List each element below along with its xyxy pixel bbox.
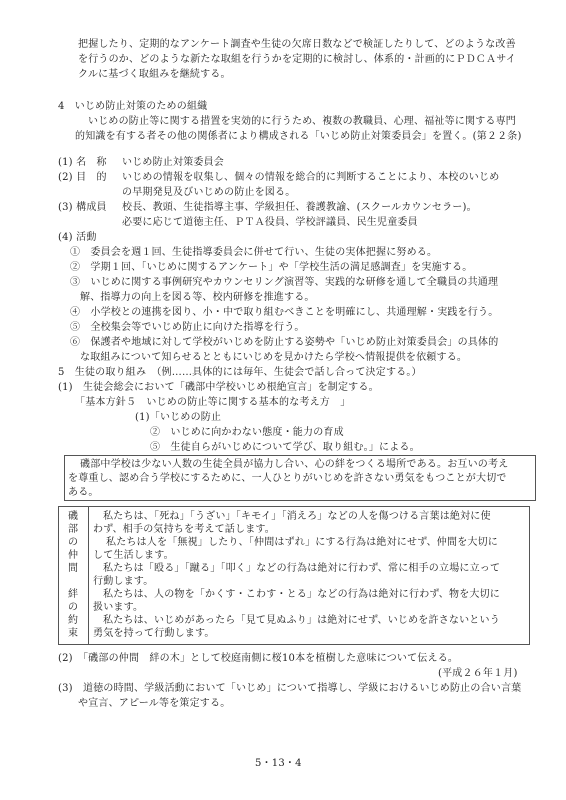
section5-item-3-line-2: や宣言、アピール等を策定する。 — [78, 697, 230, 711]
item-purpose-line-2: の早期発見及びいじめの防止を図る。 — [122, 186, 295, 200]
pledge-side-char: 絆 — [66, 588, 80, 602]
pledge-line-2: わず、相手の気持ちを考えて話します。 — [93, 523, 275, 537]
section5-heading: 5 生徒の取り組み （例……具体的には毎年、生徒会で話し合って決定する。） — [58, 366, 422, 380]
item-name-label: (1) 名 称 — [58, 156, 107, 170]
pledge-line-8: 扱います。 — [93, 601, 143, 615]
activity-6-line-1: ⑥ 保護者や地域に対して学校がいじめを防止する姿勢や「いじめ防止対策委員会」の具… — [70, 336, 498, 350]
policy-sub-2: ② いじめに向かわない態度・能力の育成 — [150, 426, 344, 440]
box-intro-line-1: 磯部中学校は少ない人数の生徒全員が協力し合い、心の絆をつくる場所である。お互いの… — [80, 458, 508, 472]
activity-6-line-2: な取組みについて知らせるとともにいじめを見かけたら学校へ情報提供を依頼する。 — [80, 351, 467, 365]
section5-item-2: (2) 「磯部の仲間 絆の木」として校庭南側に桜10本を植樹した意味について伝え… — [58, 652, 458, 666]
section5-item-1: (1) 生徒会総会において「磯部中学校いじめ根絶宣言」を制定する。 — [58, 381, 379, 395]
pledge-side-char: の — [66, 601, 80, 615]
item-members-line-2: 必要に応じて道徳主任、ＰＴＡ役員、学校評議員、民生児童委員 — [122, 216, 418, 230]
pledge-line-3: 私たちは人を「無視」したり、「仲間はずれ」にする行為は絶対にせず、仲間を大切に — [106, 536, 498, 550]
item-purpose-line-1: いじめの情報を収集し、個々の情報を総合的に判断することにより、本校のいじめ — [122, 171, 499, 185]
item-activities-label: (4) 活動 — [58, 231, 97, 245]
pledge-line-5: 私たちは「殴る」「蹴る」「叩く」などの行為は絶対に行わず、常に相手の立場に立って — [103, 562, 500, 576]
section4-body-2: 的知識を有する者その他の関係者により構成される「いじめ防止対策委員会」を置く。(… — [75, 130, 522, 144]
intro-line-1: 把握したり、定期的なアンケート調査や生徒の欠席日数などで検証したりして、どのよう… — [78, 38, 516, 52]
pledge-line-9: 私たちは、いじめがあったら「見て見ぬふり」は絶対にせず、いじめを許さないという — [103, 614, 500, 628]
pledge-side-char: 間 — [66, 562, 80, 576]
pledge-side-char: 約 — [66, 614, 80, 628]
item-members-line-1: 校長、教頭、生徒指導主事、学級担任、養護教諭、(スクールカウンセラー)。 — [122, 201, 477, 215]
activity-4: ④ 小学校との連携を図り、小・中で取り組むべきことを明確にし、共通理解・実践を行… — [70, 306, 498, 320]
intro-line-3: クルに基づく取組みを継続する。 — [78, 68, 231, 82]
section5-item-2-date: (平成２６年１月) — [438, 667, 518, 681]
item-members-label: (3) 構成員 — [58, 201, 107, 215]
pledge-line-4: して生活します。 — [93, 549, 174, 563]
pledge-side-char: 部 — [66, 523, 80, 537]
pledge-line-7: 私たちは、人の物を「かくす・こわす・とる」などの行為は絶対に行わず、物を大切に — [103, 588, 500, 602]
activity-2: ② 学期１回、「いじめに関するアンケート」や「学校生活の満足感調査」を実施する。 — [70, 261, 472, 275]
activity-3-line-2: 解、指導力の向上を図る等、校内研修を推進する。 — [80, 291, 315, 305]
policy-reference: 「基本方針５ いじめの防止等に関する基本的な考え方 」 — [75, 396, 350, 410]
box-intro-line-3: ある。 — [68, 486, 99, 500]
activity-5: ⑤ 全校集会等でいじめ防止に向けた指導を行う。 — [70, 321, 305, 335]
page-number: 5・13・4 — [255, 757, 302, 771]
pledge-side-char: の — [66, 536, 80, 550]
policy-sub-1: (1)「いじめの防止 — [135, 411, 221, 425]
section5-item-3-line-1: (3) 道徳の時間、学級活動において「いじめ」について指導し、学級におけるいじめ… — [58, 682, 521, 696]
pledge-line-1: 私たちは、「死ね」「うざい」「キモイ」「消えろ」などの人を傷つける言葉は絶対に使 — [103, 510, 491, 524]
pledge-divider — [88, 506, 89, 644]
pledge-line-10: 勇気を持って行動します。 — [93, 627, 215, 641]
policy-sub-3: ⑤ 生徒自らがいじめについて学び、取り組む。」による。 — [150, 441, 420, 455]
pledge-side-char: 仲 — [66, 549, 80, 563]
pledge-line-6: 行動します。 — [93, 575, 153, 589]
intro-line-2: を行うのか、どのような新たな取組を行うかを定期的に検討し、体系的・計画的にＰＤＣ… — [78, 53, 516, 67]
section4-heading: 4 いじめ防止対策のための組織 — [58, 100, 207, 114]
activity-1: ① 委員会を週１回、生徒指導委員会に併せて行い、生徒の実体把握に努める。 — [70, 246, 437, 260]
activity-3-line-1: ③ いじめに関する事例研究やカウンセリング演習等、実践的な研修を通して全職員の共… — [70, 276, 498, 290]
item-purpose-label: (2) 目 的 — [58, 171, 107, 185]
section4-body-1: いじめの防止等に関する措置を実効的に行うため、複数の教職員、心理、福祉等に関する… — [88, 115, 516, 129]
box-intro-line-2: を尊重し、認め合う学校にするために、一人ひとりがいじめを許さない勇気をもつことが… — [68, 472, 507, 486]
item-name-value: いじめ防止対策委員会 — [122, 156, 224, 170]
pledge-side-char: 磯 — [66, 510, 80, 524]
pledge-side-char: 束 — [66, 627, 80, 641]
